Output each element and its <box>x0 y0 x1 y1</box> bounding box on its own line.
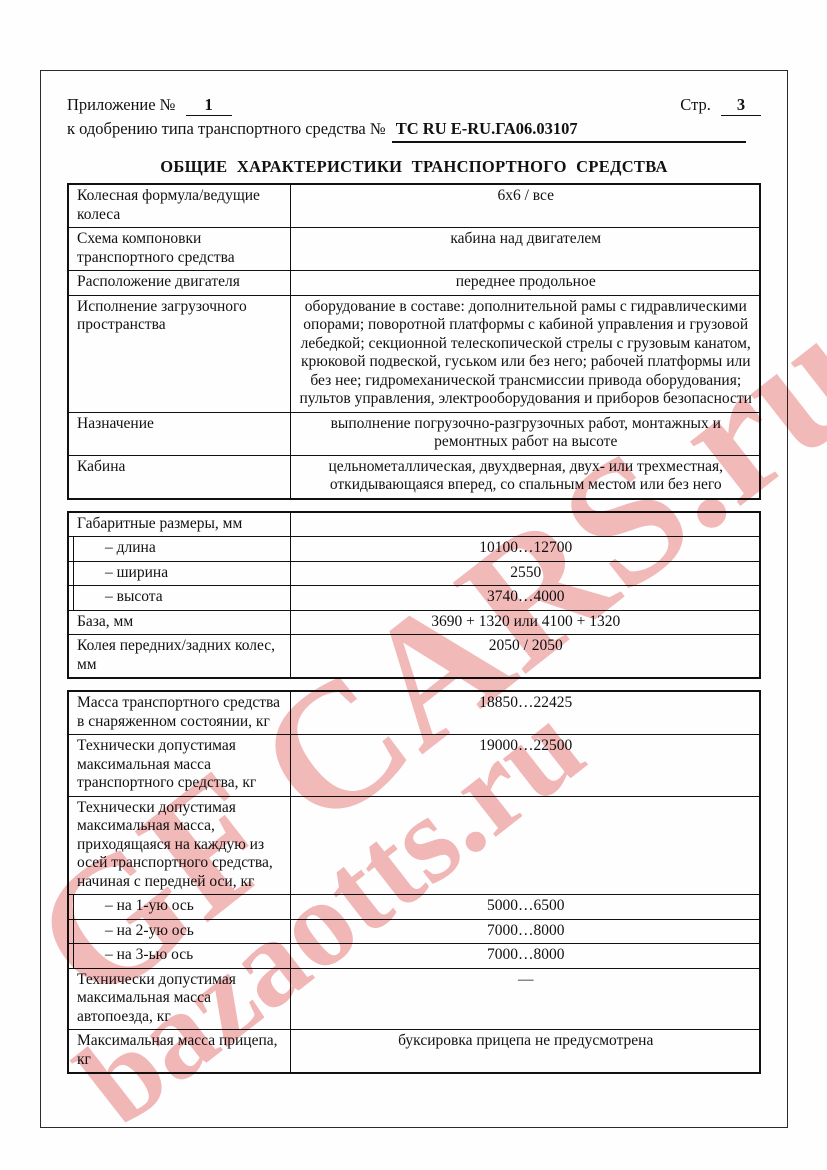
row-label: – высота <box>68 586 290 611</box>
row-label: Технически допустимая максимальная масса… <box>68 735 290 797</box>
approval-number: ТС RU E-RU.ГА06.03107 <box>392 118 746 143</box>
row-wheel-formula: Колесная формула/ведущие колеса 6х6 / вс… <box>68 184 760 228</box>
row-track: Колея передних/задних колес, мм 2050 / 2… <box>68 635 760 679</box>
row-label: Назначение <box>68 412 290 455</box>
row-road-train-mass: Технически допустимая максимальная масса… <box>68 968 760 1030</box>
row-length: – длина 10100…12700 <box>68 537 760 562</box>
row-value: переднее продольное <box>290 271 760 296</box>
row-height: – высота 3740…4000 <box>68 586 760 611</box>
row-axle-2: – на 2-ую ось 7000…8000 <box>68 919 760 944</box>
row-cabin: Кабина цельнометаллическая, двухдверная,… <box>68 455 760 499</box>
row-value: 2550 <box>290 561 760 586</box>
row-value: 19000…22500 <box>290 735 760 797</box>
row-value: выполнение погрузочно-разгрузочных работ… <box>290 412 760 455</box>
appendix-line: Приложение № 1 <box>67 95 232 116</box>
row-label: Технически допустимая максимальная масса… <box>68 796 290 895</box>
row-max-mass: Технически допустимая максимальная масса… <box>68 735 760 797</box>
row-layout-scheme: Схема компоновки транспортного средства … <box>68 228 760 271</box>
row-label: Масса транспортного средства в снаряженн… <box>68 691 290 735</box>
row-label: Габаритные размеры, мм <box>68 512 290 537</box>
page-number: 3 <box>721 95 761 116</box>
row-cargo-space: Исполнение загрузочного пространства обо… <box>68 295 760 412</box>
row-value: 7000…8000 <box>290 919 760 944</box>
row-axle-1: – на 1-ую ось 5000…6500 <box>68 895 760 920</box>
row-engine-location: Расположение двигателя переднее продольн… <box>68 271 760 296</box>
row-value: кабина над двигателем <box>290 228 760 271</box>
row-value: 5000…6500 <box>290 895 760 920</box>
row-value: 2050 / 2050 <box>290 635 760 679</box>
row-label: – на 2-ую ось <box>68 919 290 944</box>
appendix-label: Приложение № <box>67 95 175 114</box>
page-border-frame: Приложение № 1 Стр. 3 к одобрению типа т… <box>40 70 788 1128</box>
row-curb-mass: Масса транспортного средства в снаряженн… <box>68 691 760 735</box>
row-width: – ширина 2550 <box>68 561 760 586</box>
row-label: Расположение двигателя <box>68 271 290 296</box>
row-value: цельнометаллическая, двухдверная, двух- … <box>290 455 760 499</box>
table-general: Колесная формула/ведущие колеса 6х6 / вс… <box>67 183 761 500</box>
document-title: ОБЩИЕ ХАРАКТЕРИСТИКИ ТРАНСПОРТНОГО СРЕДС… <box>67 157 761 177</box>
row-value <box>290 512 760 537</box>
row-label: – длина <box>68 537 290 562</box>
row-label: Максимальная масса прицепа, кг <box>68 1030 290 1074</box>
row-purpose: Назначение выполнение погрузочно-разгруз… <box>68 412 760 455</box>
page-number-line: Стр. 3 <box>680 95 761 116</box>
row-value: 18850…22425 <box>290 691 760 735</box>
row-label: Колесная формула/ведущие колеса <box>68 184 290 228</box>
row-value: — <box>290 968 760 1030</box>
row-label: – на 1-ую ось <box>68 895 290 920</box>
row-label: База, мм <box>68 610 290 635</box>
row-label: – ширина <box>68 561 290 586</box>
row-wheelbase: База, мм 3690 + 1320 или 4100 + 1320 <box>68 610 760 635</box>
row-label: Исполнение загрузочного пространства <box>68 295 290 412</box>
appendix-number: 1 <box>186 95 232 116</box>
row-overall-dimensions: Габаритные размеры, мм <box>68 512 760 537</box>
row-label: Схема компоновки транспортного средства <box>68 228 290 271</box>
row-label: Технически допустимая максимальная масса… <box>68 968 290 1030</box>
row-value: 6х6 / все <box>290 184 760 228</box>
row-axle-mass-header: Технически допустимая максимальная масса… <box>68 796 760 895</box>
row-value <box>290 796 760 895</box>
document-page: GF CARS.ru bazaotts.ru Приложение № 1 Ст… <box>0 0 827 1170</box>
row-axle-3: – на 3-ью ось 7000…8000 <box>68 944 760 969</box>
row-trailer-mass: Максимальная масса прицепа, кг буксировк… <box>68 1030 760 1074</box>
header-line-1: Приложение № 1 Стр. 3 <box>67 95 761 116</box>
row-value: буксировка прицепа не предусмотрена <box>290 1030 760 1074</box>
row-label: Колея передних/задних колес, мм <box>68 635 290 679</box>
row-value: оборудование в составе: дополнительной р… <box>290 295 760 412</box>
table-masses: Масса транспортного средства в снаряженн… <box>67 690 761 1074</box>
approval-line: к одобрению типа транспортного средства … <box>67 118 761 143</box>
row-value: 10100…12700 <box>290 537 760 562</box>
table-dimensions: Габаритные размеры, мм – длина 10100…127… <box>67 511 761 680</box>
row-value: 3740…4000 <box>290 586 760 611</box>
row-label: Кабина <box>68 455 290 499</box>
approval-label: к одобрению типа транспортного средства … <box>67 119 386 138</box>
row-value: 3690 + 1320 или 4100 + 1320 <box>290 610 760 635</box>
row-label: – на 3-ью ось <box>68 944 290 969</box>
row-value: 7000…8000 <box>290 944 760 969</box>
page-label: Стр. <box>680 95 711 114</box>
